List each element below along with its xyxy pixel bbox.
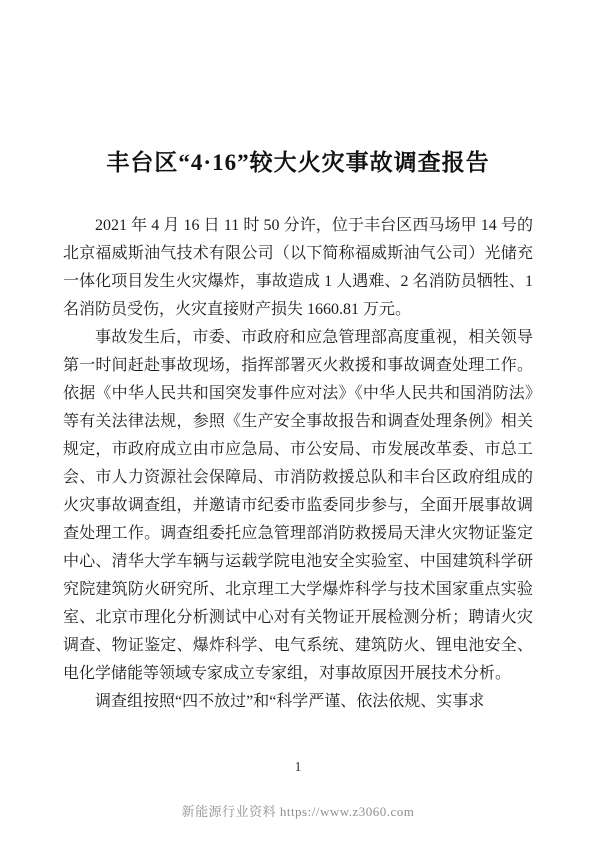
- report-page: 丰台区“4·16”较大火灾事故调查报告 2021 年 4 月 16 日 11 时…: [0, 0, 596, 842]
- document-body: 2021 年 4 月 16 日 11 时 50 分许，位于丰台区西马场甲 14 …: [63, 212, 533, 716]
- body-paragraph-intro: 2021 年 4 月 16 日 11 时 50 分许，位于丰台区西马场甲 14 …: [63, 212, 533, 324]
- document-title: 丰台区“4·16”较大火灾事故调查报告: [0, 146, 596, 180]
- body-paragraph-investigation-setup: 事故发生后，市委、市政府和应急管理部高度重视，相关领导第一时间赶赴事故现场，指挥…: [63, 324, 533, 688]
- body-paragraph-principles: 调查组按照“四不放过”和“科学严谨、依法依规、实事求: [63, 688, 533, 716]
- page-number: 1: [0, 758, 596, 778]
- footer-watermark: 新能源行业资料 https://www.z3060.com: [0, 803, 596, 821]
